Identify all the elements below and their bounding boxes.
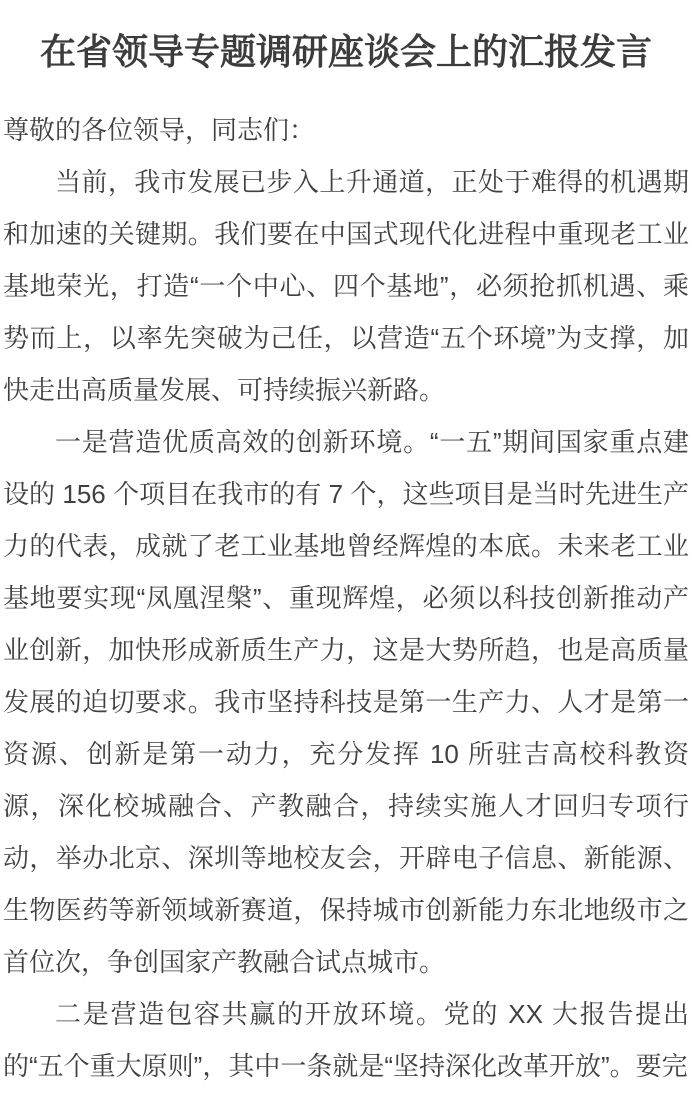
salutation-line: 尊敬的各位领导，同志们：: [3, 104, 689, 156]
paragraph-intro: 当前，我市发展已步入上升通道，正处于难得的机遇期和加速的关键期。我们要在中国式现…: [3, 156, 689, 416]
paragraph-point-two: 二是营造包容共赢的开放环境。党的 XX 大报告提出的“五个重大原则”，其中一条就…: [3, 988, 689, 1092]
paragraph-point-one: 一是营造优质高效的创新环境。“一五”期间国家重点建设的 156 个项目在我市的有…: [3, 416, 689, 988]
document-title: 在省领导专题调研座谈会上的汇报发言: [3, 26, 689, 78]
document-page: 在省领导专题调研座谈会上的汇报发言 尊敬的各位领导，同志们： 当前，我市发展已步…: [0, 0, 693, 1097]
